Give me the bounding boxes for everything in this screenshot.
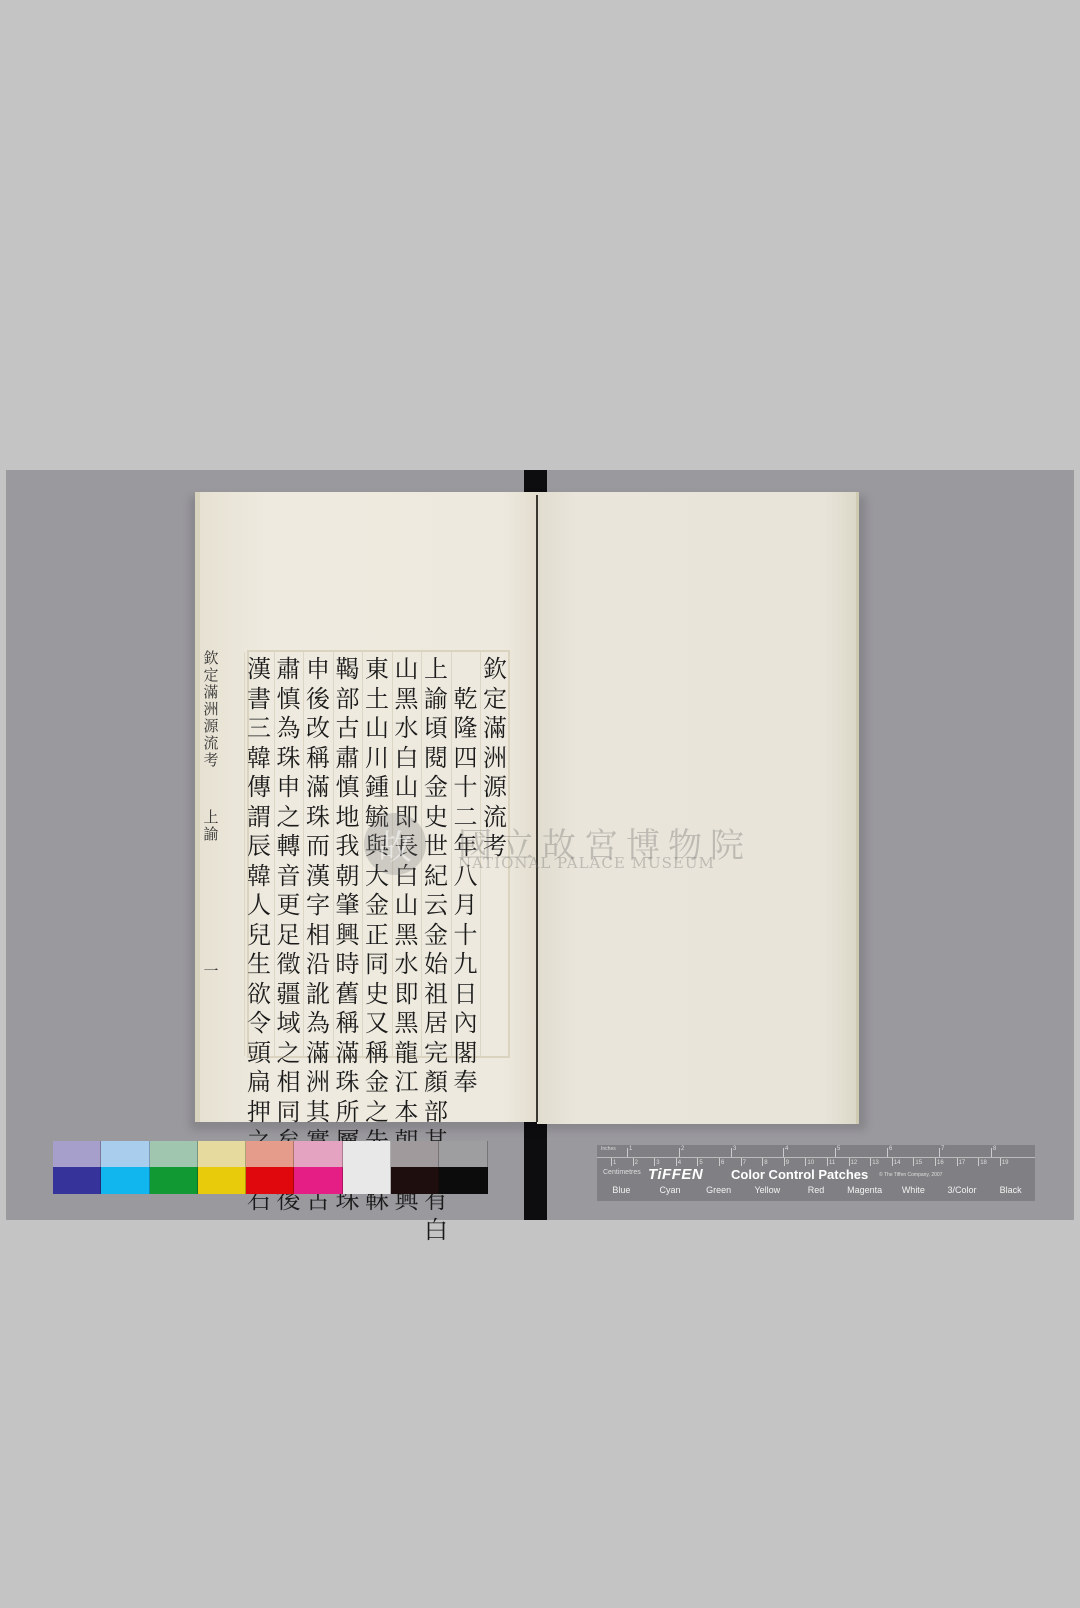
cm-tick [611, 1158, 612, 1166]
inch-tick [939, 1148, 940, 1157]
patch-name-row: BlueCyanGreenYellowRedMagentaWhite3/Colo… [597, 1185, 1035, 1195]
inch-tick [991, 1148, 992, 1157]
inch-tick [887, 1148, 888, 1157]
book-gutter [536, 495, 538, 1122]
margin-glyph: 定 [203, 667, 218, 684]
text-column: 乾隆四十二年八月十九日內閣奉 [452, 655, 480, 1098]
color-patch [101, 1141, 149, 1167]
patch-name: Black [986, 1185, 1035, 1195]
cm-number: 12 [851, 1160, 858, 1166]
cm-tick [654, 1158, 655, 1166]
cm-tick [827, 1158, 828, 1166]
color-patch [246, 1141, 294, 1167]
patch-name: 3/Color [938, 1185, 987, 1195]
cm-tick [978, 1158, 979, 1166]
cm-number: 14 [894, 1160, 901, 1166]
text-column: 漢書三韓傳謂辰韓人兒生欲令頭扁押之以石 [245, 655, 273, 1216]
seal-glyph: 故 [378, 820, 412, 869]
centimetres-label: Centimetres [603, 1169, 641, 1176]
color-patch [439, 1167, 487, 1194]
cm-tick [1000, 1158, 1001, 1166]
margin-glyph: 上 [203, 809, 218, 826]
inch-tick [783, 1148, 784, 1157]
cm-tick [935, 1158, 936, 1166]
cm-tick [784, 1158, 785, 1166]
cm-tick [805, 1158, 806, 1166]
inch-tick [835, 1148, 836, 1157]
cm-tick [892, 1158, 893, 1166]
card-title: Color Control Patches [731, 1167, 868, 1182]
color-patch [294, 1167, 342, 1194]
color-patch [343, 1167, 391, 1194]
cm-tick [741, 1158, 742, 1166]
color-patch [198, 1141, 246, 1167]
patch-name: Cyan [646, 1185, 695, 1195]
color-patch-chart [53, 1141, 488, 1194]
inch-tick [627, 1148, 628, 1157]
cm-tick [697, 1158, 698, 1166]
patch-name: Yellow [743, 1185, 792, 1195]
inch-scale: 12345678 [597, 1145, 1035, 1158]
margin-glyph: 欽 [203, 650, 218, 667]
patch-name: White [889, 1185, 938, 1195]
patch-name: Blue [597, 1185, 646, 1195]
cm-number: 19 [1002, 1160, 1009, 1166]
margin-glyph: 一 [203, 963, 218, 980]
margin-glyph: 源 [203, 718, 218, 735]
cm-tick [762, 1158, 763, 1166]
text-column: 鞨部古肅慎地我朝肇興時舊稱滿珠所屬曰珠 [334, 655, 362, 1216]
cm-number: 6 [721, 1160, 724, 1166]
inch-number: 1 [629, 1146, 632, 1152]
right-page [537, 492, 859, 1124]
inch-tick [679, 1148, 680, 1157]
color-patch [53, 1141, 101, 1167]
tiffen-calibration-card: 12345678 12345678910111213141516171819 I… [597, 1145, 1035, 1201]
inch-tick [731, 1148, 732, 1157]
patch-name: Magenta [840, 1185, 889, 1195]
cm-tick [913, 1158, 914, 1166]
color-patch [439, 1141, 487, 1167]
tiffen-logo: TiFFEN [648, 1166, 703, 1183]
inch-number: 2 [681, 1146, 684, 1152]
copyright-text: © The Tiffen Company, 2007 [879, 1172, 942, 1178]
cm-number: 15 [915, 1160, 922, 1166]
page-margin-strip: 欽定滿洲源流考上諭一 [200, 650, 222, 1058]
patch-name: Green [694, 1185, 743, 1195]
text-column: 肅慎為珠申之轉音更足徵疆域之相同矣又後 [275, 655, 303, 1216]
watermark-seal: 故 [364, 813, 426, 875]
watermark-english: NATIONAL PALACE MUSEUM [458, 854, 715, 872]
cm-tick [870, 1158, 871, 1166]
text-column: 山黑水白山即長白山黑水即黑龍江本朝肇興 [393, 655, 421, 1216]
cm-tick [957, 1158, 958, 1166]
cm-number: 18 [980, 1160, 987, 1166]
color-patch [53, 1167, 101, 1194]
cm-number: 1 [613, 1160, 616, 1166]
inch-number: 4 [785, 1146, 788, 1152]
color-patch [343, 1141, 391, 1167]
margin-glyph: 滿 [203, 684, 218, 701]
cm-number: 17 [959, 1160, 966, 1166]
color-patch [150, 1141, 198, 1167]
color-patch [391, 1141, 439, 1167]
inch-number: 5 [837, 1146, 840, 1152]
cm-number: 10 [807, 1160, 814, 1166]
inches-label: Inches [601, 1146, 616, 1152]
cm-number: 2 [635, 1160, 638, 1166]
cm-number: 7 [743, 1160, 746, 1166]
color-patch [294, 1141, 342, 1167]
margin-glyph: 流 [203, 735, 218, 752]
color-patch [246, 1167, 294, 1194]
inch-number: 6 [889, 1146, 892, 1152]
color-patch [391, 1167, 439, 1194]
cm-tick [719, 1158, 720, 1166]
cm-tick [633, 1158, 634, 1166]
inch-number: 3 [733, 1146, 736, 1152]
text-column: 申後改稱滿珠而漢字相沿訛為滿洲其實即古 [304, 655, 332, 1216]
cm-tick [676, 1158, 677, 1166]
cm-number: 9 [786, 1160, 789, 1166]
color-patch [150, 1167, 198, 1194]
cm-number: 8 [764, 1160, 767, 1166]
cm-number: 13 [872, 1160, 879, 1166]
color-patch [198, 1167, 246, 1194]
margin-glyph: 考 [203, 752, 218, 769]
cm-number: 11 [829, 1160, 835, 1166]
margin-glyph: 洲 [203, 701, 218, 718]
patch-name: Red [792, 1185, 841, 1195]
cm-tick [849, 1158, 850, 1166]
text-column: 東土山川鍾毓與大金正同史又稱金之先出靺 [363, 655, 391, 1216]
margin-glyph: 諭 [203, 826, 218, 843]
inch-number: 8 [993, 1146, 996, 1152]
inch-number: 7 [941, 1146, 944, 1152]
cm-number: 16 [937, 1160, 944, 1166]
color-patch [101, 1167, 149, 1194]
